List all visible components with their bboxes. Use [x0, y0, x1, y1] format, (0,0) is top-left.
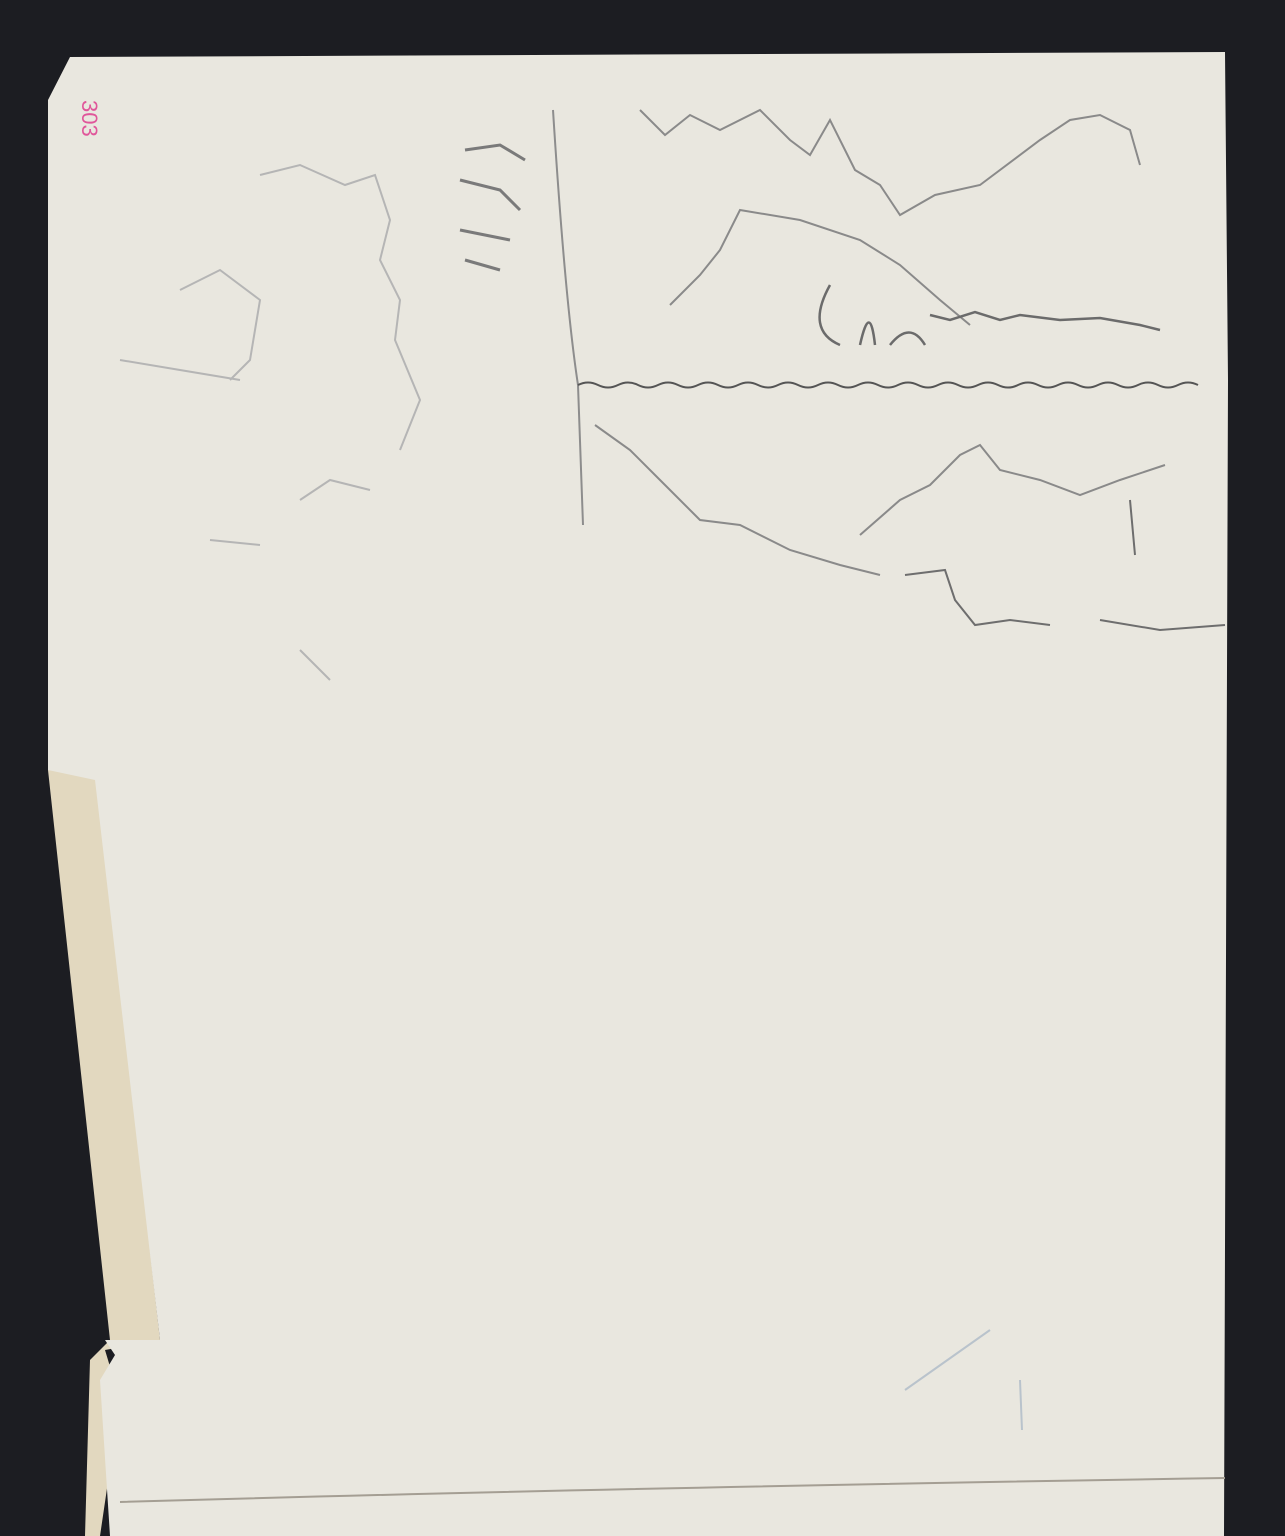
sketch-sheet: 303 — [0, 0, 1285, 1536]
inventory-mark: 303 — [77, 100, 102, 137]
